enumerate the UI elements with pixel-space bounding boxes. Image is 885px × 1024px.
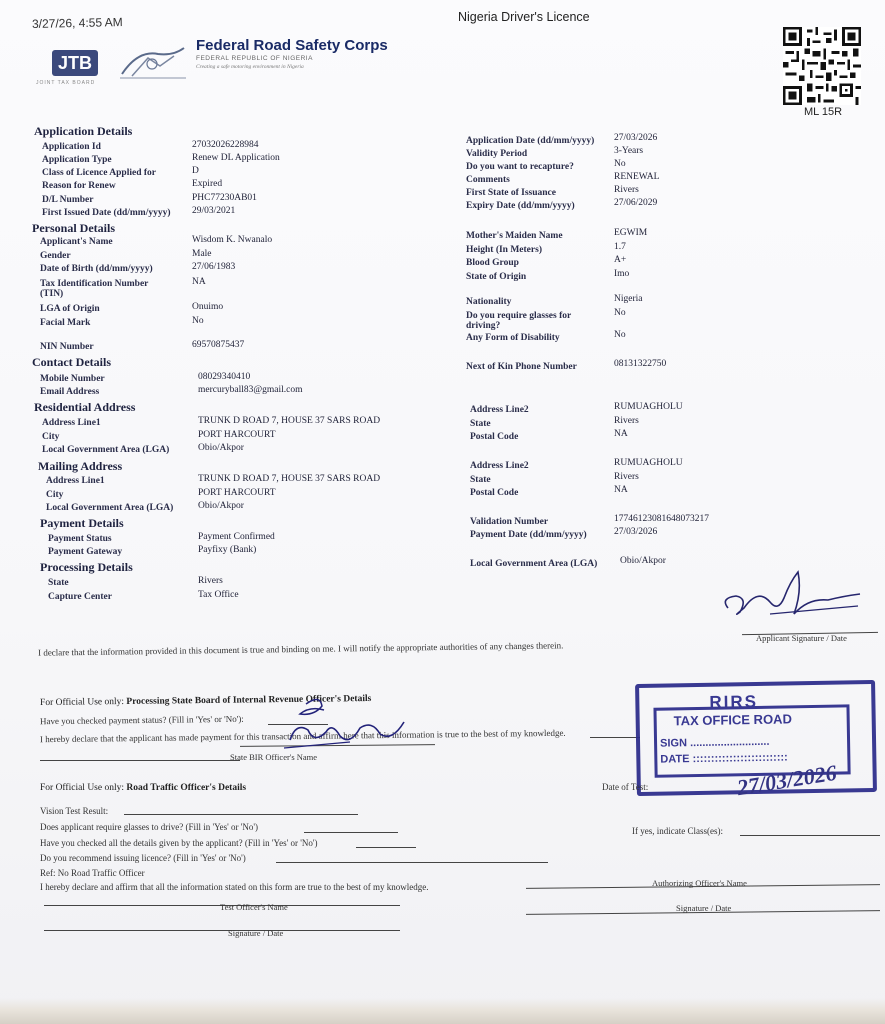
field-value: mercuryball83@gmail.com bbox=[198, 385, 303, 395]
field-value: Rivers bbox=[614, 472, 639, 482]
field-value: 69570875437 bbox=[192, 340, 244, 350]
rto-heading-text: Road Traffic Officer's Details bbox=[126, 783, 246, 793]
field-value: 27/03/2026 bbox=[614, 527, 657, 537]
rto-reference: Ref: No Road Traffic Officer bbox=[40, 868, 145, 878]
field-value: 08131322750 bbox=[614, 359, 666, 369]
field-label: Height (In Meters) bbox=[466, 245, 542, 255]
test-officer-signature-field[interactable] bbox=[44, 930, 400, 931]
stamp-office: TAX OFFICE ROAD bbox=[674, 711, 792, 728]
rirs-official-stamp: RIRS TAX OFFICE ROAD SIGN ..............… bbox=[635, 680, 877, 796]
document-title: Nigeria Driver's Licence bbox=[458, 10, 590, 24]
field-value: Payment Confirmed bbox=[198, 532, 275, 542]
print-timestamp: 3/27/26, 4:55 AM bbox=[32, 15, 123, 31]
section-title-contact: Contact Details bbox=[32, 355, 111, 370]
field-label: NIN Number bbox=[40, 342, 94, 352]
field-value: No bbox=[614, 330, 626, 340]
applicant-signature-label: Applicant Signature / Date bbox=[756, 633, 847, 643]
field-value: Expired bbox=[192, 179, 222, 189]
field-value: 27/03/2026 bbox=[614, 133, 657, 143]
frsc-emblem-icon bbox=[118, 44, 188, 82]
field-value: Rivers bbox=[614, 185, 639, 195]
field-value: Tax Office bbox=[198, 590, 239, 600]
field-value: EGWIM bbox=[614, 228, 647, 238]
field-value: 1.7 bbox=[614, 242, 626, 252]
section-title-residential: Residential Address bbox=[34, 400, 135, 415]
section-title-payment: Payment Details bbox=[40, 516, 124, 531]
field-label: Blood Group bbox=[466, 258, 519, 268]
rto-vision-test-field[interactable] bbox=[124, 814, 358, 815]
field-value: NA bbox=[192, 277, 206, 287]
field-value: 27/06/2029 bbox=[614, 198, 657, 208]
rto-affirmation: I hereby declare and affirm that all the… bbox=[40, 882, 428, 892]
applicant-signature-icon bbox=[718, 568, 868, 634]
field-value: RUMUAGHOLU bbox=[614, 458, 683, 468]
field-value: Obio/Akpor bbox=[198, 443, 244, 453]
qr-code-icon bbox=[783, 27, 861, 105]
field-label: First State of Issuance bbox=[466, 188, 556, 198]
class-indicate-field[interactable] bbox=[740, 835, 880, 836]
stamp-date-text: DATE bbox=[660, 753, 689, 766]
stamp-sign-text: SIGN bbox=[660, 737, 687, 749]
field-value: Rivers bbox=[614, 416, 639, 426]
field-value: TRUNK D ROAD 7, HOUSE 37 SARS ROAD bbox=[198, 416, 380, 426]
rto-vision-test-label: Vision Test Result: bbox=[40, 806, 108, 816]
section-title-personal: Personal Details bbox=[32, 221, 115, 236]
field-label: Address Line2 bbox=[470, 461, 529, 471]
field-label: Address Line2 bbox=[470, 405, 529, 415]
field-label: State bbox=[470, 475, 491, 485]
field-value: 29/03/2021 bbox=[192, 206, 235, 216]
field-label: First Issued Date (dd/mm/yyyy) bbox=[42, 208, 171, 218]
date-of-test-label: Date of Test: bbox=[602, 782, 648, 792]
paper-edge bbox=[0, 998, 885, 1024]
field-value: Male bbox=[192, 249, 212, 259]
field-label: Postal Code bbox=[470, 488, 518, 498]
bir-officer-name-field[interactable] bbox=[40, 760, 240, 761]
field-label: Application Id bbox=[42, 142, 101, 152]
rto-heading-prefix: For Official Use only: bbox=[40, 783, 124, 793]
field-value: Imo bbox=[614, 269, 629, 279]
field-label: Date of Birth (dd/mm/yyyy) bbox=[40, 264, 153, 274]
field-label: Facial Mark bbox=[40, 318, 90, 328]
rto-details-check-field[interactable] bbox=[356, 847, 416, 848]
field-label: Do you want to recapture? bbox=[466, 162, 574, 172]
stamp-date-label: DATE :::::::::::::::::::::::::: bbox=[660, 751, 788, 765]
authorizing-officer-label: Authorizing Officer's Name bbox=[652, 878, 747, 888]
stamp-title: RIRS bbox=[709, 692, 758, 713]
field-label: City bbox=[46, 490, 63, 500]
field-value: NA bbox=[614, 429, 628, 439]
field-value: TRUNK D ROAD 7, HOUSE 37 SARS ROAD bbox=[198, 474, 380, 484]
field-label: Class of Licence Applied for bbox=[42, 168, 156, 178]
field-label: Any Form of Disability bbox=[466, 333, 560, 343]
field-label: Local Government Area (LGA) bbox=[46, 503, 173, 513]
field-label: Do you require glasses for driving? bbox=[466, 311, 586, 331]
field-label: Email Address bbox=[40, 387, 99, 397]
field-label: Payment Status bbox=[48, 534, 112, 544]
rto-official-heading: For Official Use only: Road Traffic Offi… bbox=[40, 783, 246, 793]
section-title-processing: Processing Details bbox=[40, 560, 133, 575]
class-indicate-label: If yes, indicate Class(es): bbox=[632, 826, 723, 836]
field-value: RENEWAL bbox=[614, 172, 659, 182]
field-label: Mother's Maiden Name bbox=[466, 231, 563, 241]
field-label: Nationality bbox=[466, 297, 511, 307]
field-label: Local Government Area (LGA) bbox=[42, 445, 169, 455]
field-value: NA bbox=[614, 485, 628, 495]
field-label: Address Line1 bbox=[46, 476, 105, 486]
field-label: Reason for Renew bbox=[42, 181, 116, 191]
bir-payment-check-question: Have you checked payment status? (Fill i… bbox=[40, 714, 244, 726]
field-label: LGA of Origin bbox=[40, 304, 100, 314]
field-value: No bbox=[192, 316, 204, 326]
rto-details-check-question: Have you checked all the details given b… bbox=[40, 838, 318, 848]
field-label: D/L Number bbox=[42, 195, 93, 205]
form-code: ML 15R bbox=[804, 106, 842, 118]
field-value: 27/06/1983 bbox=[192, 262, 235, 272]
organization-motto: Creating a safe motoring environment in … bbox=[196, 64, 304, 70]
bir-officer-signature-icon bbox=[280, 692, 420, 754]
field-label: Address Line1 bbox=[42, 418, 101, 428]
field-value: Payfixy (Bank) bbox=[198, 545, 256, 555]
field-value: No bbox=[614, 308, 626, 318]
field-value: Onuimo bbox=[192, 302, 223, 312]
field-label: Validation Number bbox=[470, 517, 548, 527]
rto-recommend-question: Do you recommend issuing licence? (Fill … bbox=[40, 853, 246, 863]
field-value: PHC77230AB01 bbox=[192, 193, 257, 203]
field-value: 3-Years bbox=[614, 146, 643, 156]
jtb-logo: JTB bbox=[52, 50, 98, 76]
field-label: Applicant's Name bbox=[40, 237, 113, 247]
field-value: PORT HARCOURT bbox=[198, 488, 276, 498]
field-value: RUMUAGHOLU bbox=[614, 402, 683, 412]
field-value: Rivers bbox=[198, 576, 223, 586]
field-label: Postal Code bbox=[470, 432, 518, 442]
declaration-text: I declare that the information provided … bbox=[38, 640, 563, 657]
field-value: Nigeria bbox=[614, 294, 643, 304]
field-label: Application Date (dd/mm/yyyy) bbox=[466, 136, 594, 146]
rto-glasses-question: Does applicant require glasses to drive?… bbox=[40, 822, 258, 832]
section-title-mailing: Mailing Address bbox=[38, 459, 122, 474]
field-label: State bbox=[470, 419, 491, 429]
bir-heading-prefix: For Official Use only: bbox=[40, 697, 124, 708]
field-value: Renew DL Application bbox=[192, 153, 280, 163]
test-officer-signature-label: Signature / Date bbox=[228, 928, 283, 938]
field-label: Payment Date (dd/mm/yyyy) bbox=[470, 530, 587, 540]
field-label: City bbox=[42, 432, 59, 442]
field-label: Capture Center bbox=[48, 592, 112, 602]
stamp-sign-label: SIGN .......................... bbox=[660, 736, 770, 750]
field-value: Obio/Akpor bbox=[198, 501, 244, 511]
jtb-logo-caption: JOINT TAX BOARD bbox=[36, 80, 95, 86]
authorizing-signature-label: Signature / Date bbox=[676, 903, 731, 913]
field-label: Next of Kin Phone Number bbox=[466, 362, 577, 372]
field-value: 27032026228984 bbox=[192, 140, 259, 150]
field-label: Mobile Number bbox=[40, 374, 105, 384]
field-value: 08029340410 bbox=[198, 372, 250, 382]
field-value: Obio/Akpor bbox=[620, 556, 666, 566]
field-label: Expiry Date (dd/mm/yyyy) bbox=[466, 201, 575, 211]
field-label: Tax Identification Number (TIN) bbox=[40, 279, 170, 299]
field-value: D bbox=[192, 166, 199, 176]
field-value: No bbox=[614, 159, 626, 169]
field-label: State bbox=[48, 578, 69, 588]
field-value: A+ bbox=[614, 255, 626, 265]
field-label: Application Type bbox=[42, 155, 112, 165]
field-label: Validity Period bbox=[466, 149, 527, 159]
organization-subtitle: FEDERAL REPUBLIC OF NIGERIA bbox=[196, 55, 313, 62]
field-label: State of Origin bbox=[466, 272, 526, 282]
rto-recommend-field[interactable] bbox=[276, 862, 548, 863]
organization-name: Federal Road Safety Corps bbox=[196, 37, 388, 54]
field-value: Wisdom K. Nwanalo bbox=[192, 235, 272, 245]
test-officer-name-label: Test Officer's Name bbox=[220, 902, 288, 912]
section-title-application: Application Details bbox=[34, 124, 132, 139]
field-value: PORT HARCOURT bbox=[198, 430, 276, 440]
field-label: Gender bbox=[40, 251, 71, 261]
licence-application-page: 3/27/26, 4:55 AM Nigeria Driver's Licenc… bbox=[0, 0, 885, 1024]
field-label: Local Government Area (LGA) bbox=[470, 559, 597, 569]
field-label: Comments bbox=[466, 175, 510, 185]
rto-glasses-field[interactable] bbox=[304, 832, 398, 833]
bir-signature-line[interactable] bbox=[590, 737, 640, 738]
field-label: Payment Gateway bbox=[48, 547, 122, 557]
field-value: 17746123081648073217 bbox=[614, 514, 709, 524]
